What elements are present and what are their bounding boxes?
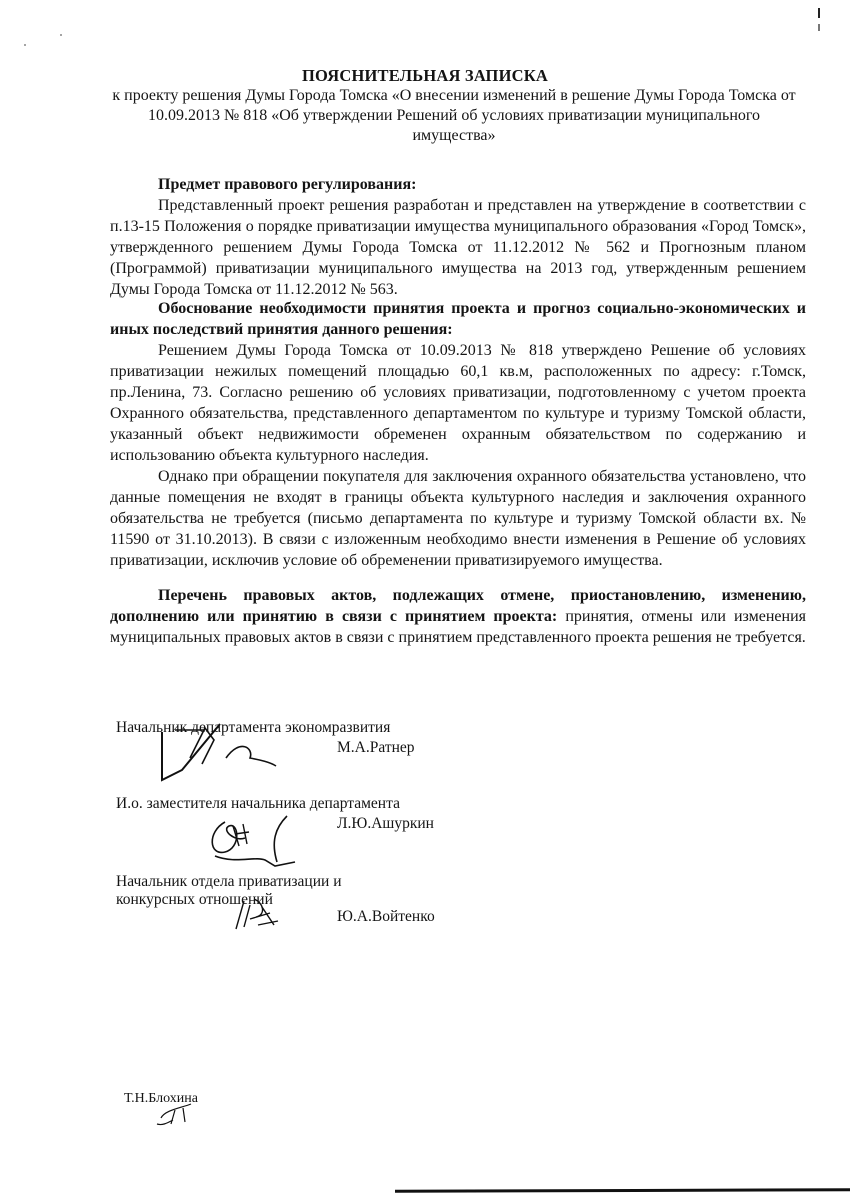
section-paragraph: Перечень правовых актов, подлежащих отме… — [110, 585, 806, 648]
scan-speck — [24, 44, 26, 46]
handwritten-signature-icon — [205, 812, 315, 872]
signature-position: Начальник отдела приватизации и — [116, 873, 342, 891]
section-heading: Предмет правового регулирования: — [110, 174, 806, 195]
document-page: ПОЯСНИТЕЛЬНАЯ ЗАПИСКА к проекту решения … — [0, 0, 850, 1194]
section-subject: Предмет правового регулирования: Предста… — [110, 174, 806, 300]
section-paragraph: Однако при обращении покупателя для закл… — [110, 466, 806, 571]
signature-name: Л.Ю.Ашуркин — [337, 815, 434, 833]
scan-mark — [818, 24, 820, 31]
section-legal-acts: Перечень правовых актов, подлежащих отме… — [110, 585, 806, 648]
handwritten-signature-icon — [130, 718, 300, 788]
signature-name: Ю.А.Войтенко — [337, 908, 435, 926]
section-heading: Обоснование необходимости принятия проек… — [110, 298, 806, 340]
signature-name: М.А.Ратнер — [337, 739, 415, 757]
section-paragraph: Решением Думы Города Томска от 10.09.201… — [110, 340, 806, 466]
handwritten-initials-icon — [155, 1100, 205, 1130]
section-justification: Обоснование необходимости принятия проек… — [110, 298, 806, 571]
document-subtitle: к проекту решения Думы Города Томска «О … — [108, 86, 800, 146]
page-bottom-edge — [395, 1188, 850, 1193]
signature-position: И.о. заместителя начальника департамента — [116, 795, 400, 813]
scan-speck — [60, 34, 62, 36]
section-paragraph: Представленный проект решения разработан… — [110, 195, 806, 300]
document-title: ПОЯСНИТЕЛЬНАЯ ЗАПИСКА — [0, 66, 850, 86]
scan-mark — [818, 8, 820, 18]
handwritten-signature-icon — [230, 895, 300, 935]
